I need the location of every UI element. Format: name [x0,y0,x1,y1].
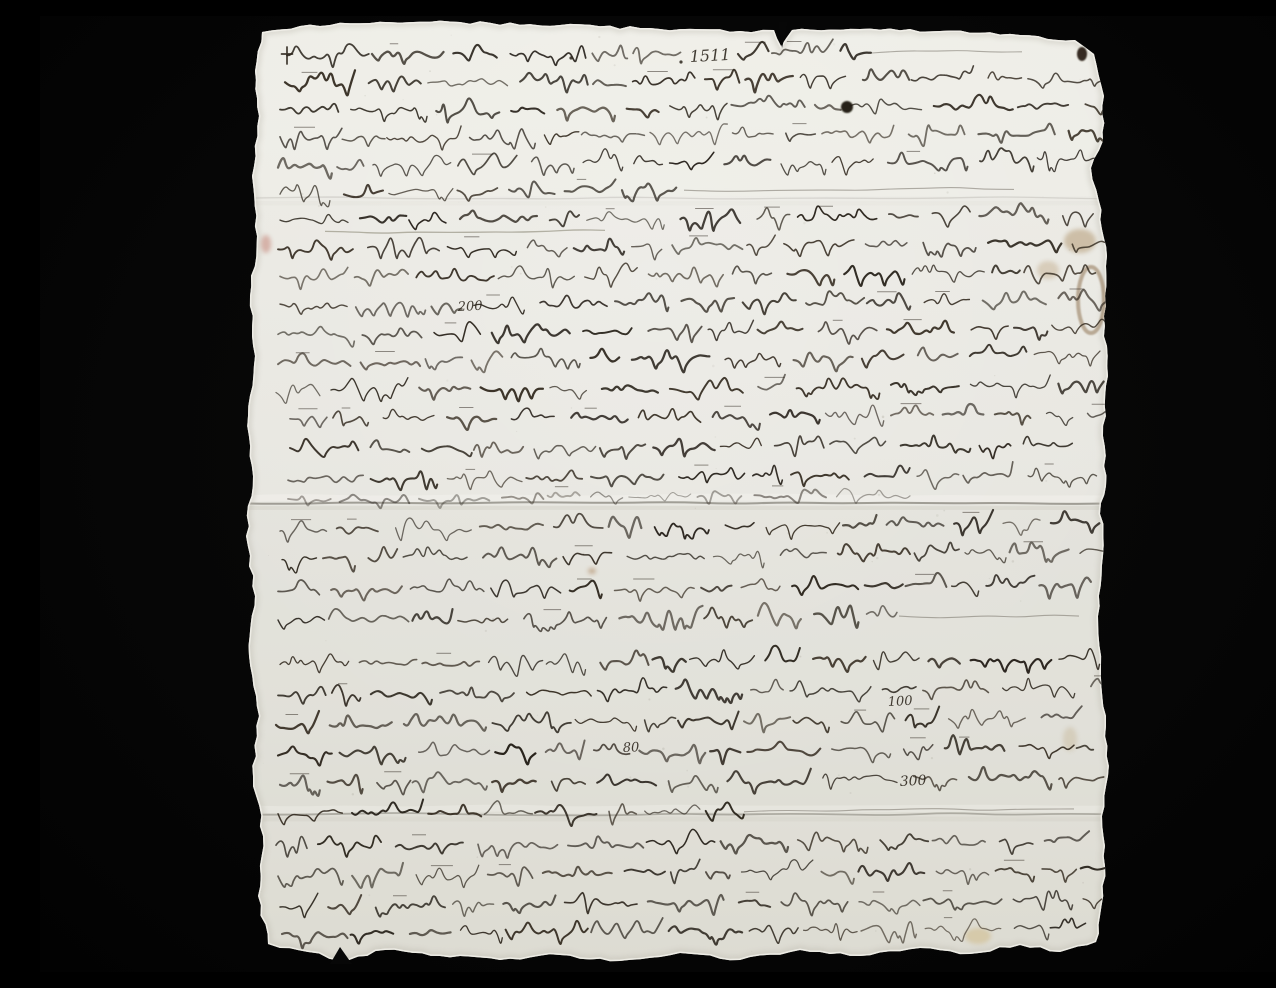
inscription-numeral: 1511 [689,45,731,66]
paper-surface: 151120010080300 [230,16,1130,972]
stain-smudge [965,928,991,944]
stain-smudge [261,235,271,253]
stain-smudge [1037,261,1059,279]
manuscript-photo: 151120010080300 [40,16,1276,972]
stain-blot [1077,47,1087,61]
stain-blot [841,101,853,113]
stain-smudge [588,568,596,574]
ink-dot [679,60,682,63]
inscription-numeral: 80 [622,740,639,756]
ink-dot [569,56,572,59]
inscription-numeral: 200 [456,299,483,315]
stain-smudge [1064,229,1096,253]
inscription-numeral: 100 [887,694,913,710]
manuscript-letter: 151120010080300 [40,16,1276,972]
inscription-numeral: 300 [899,773,927,790]
fold-crease [235,497,1115,509]
